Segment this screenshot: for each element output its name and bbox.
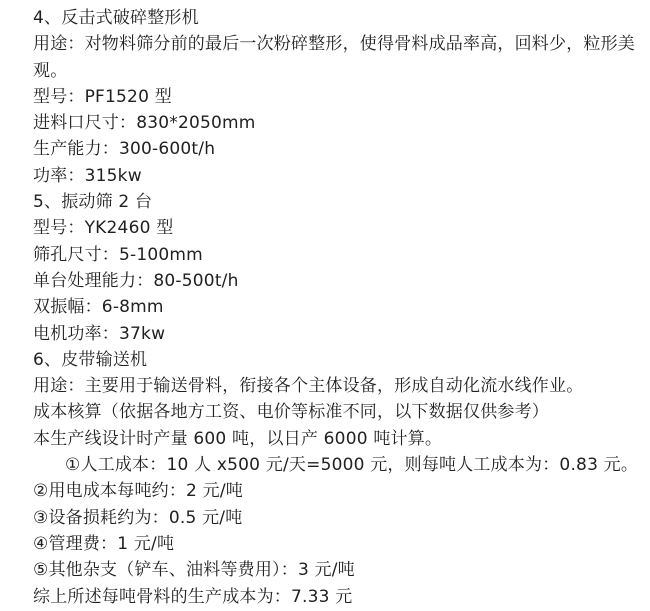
text-line: ④管理费：1 元/吨	[33, 531, 638, 557]
text-line: ③设备损耗约为：0.5 元/吨	[33, 505, 638, 531]
text-line: 双振幅：6-8mm	[33, 294, 638, 320]
text-line: 筛孔尺寸：5-100mm	[33, 242, 638, 268]
text-line: ⑤其他杂支（铲车、油料等费用）：3 元/吨	[33, 557, 638, 583]
text-line: 进料口尺寸：830*2050mm	[33, 110, 638, 136]
text-line: 型号：YK2460 型	[33, 215, 638, 241]
text-line: 电机功率：37kw	[33, 321, 638, 347]
text-line: 综上所述每吨骨料的生产成本为：7.33 元	[33, 584, 638, 610]
text-line: 成本核算（依据各地方工资、电价等标准不同，以下数据仅供参考）	[33, 399, 638, 425]
text-line: 4、反击式破碎整形机	[33, 5, 638, 31]
text-line: 生产能力：300-600t/h	[33, 136, 638, 162]
text-line: 本生产线设计时产量 600 吨，以日产 6000 吨计算。	[33, 426, 638, 452]
document-text: 4、反击式破碎整形机用途：对物料筛分前的最后一次粉碎整形，使得骨料成品率高，回料…	[33, 5, 638, 610]
text-line: 观。	[33, 58, 638, 84]
document-page: 4、反击式破碎整形机用途：对物料筛分前的最后一次粉碎整形，使得骨料成品率高，回料…	[0, 0, 650, 611]
text-line: 型号：PF1520 型	[33, 84, 638, 110]
text-line: ②用电成本每吨约：2 元/吨	[33, 478, 638, 504]
text-line: 用途：主要用于输送骨料，衔接各个主体设备，形成自动化流水线作业。	[33, 373, 638, 399]
text-line: ①人工成本：10 人 x500 元/天=5000 元，则每吨人工成本为：0.83…	[33, 452, 638, 478]
text-line: 功率：315kw	[33, 163, 638, 189]
text-line: 6、皮带输送机	[33, 347, 638, 373]
text-line: 用途：对物料筛分前的最后一次粉碎整形，使得骨料成品率高，回料少，粒形美	[33, 31, 638, 57]
text-line: 5、振动筛 2 台	[33, 189, 638, 215]
text-line: 单台处理能力：80-500t/h	[33, 268, 638, 294]
